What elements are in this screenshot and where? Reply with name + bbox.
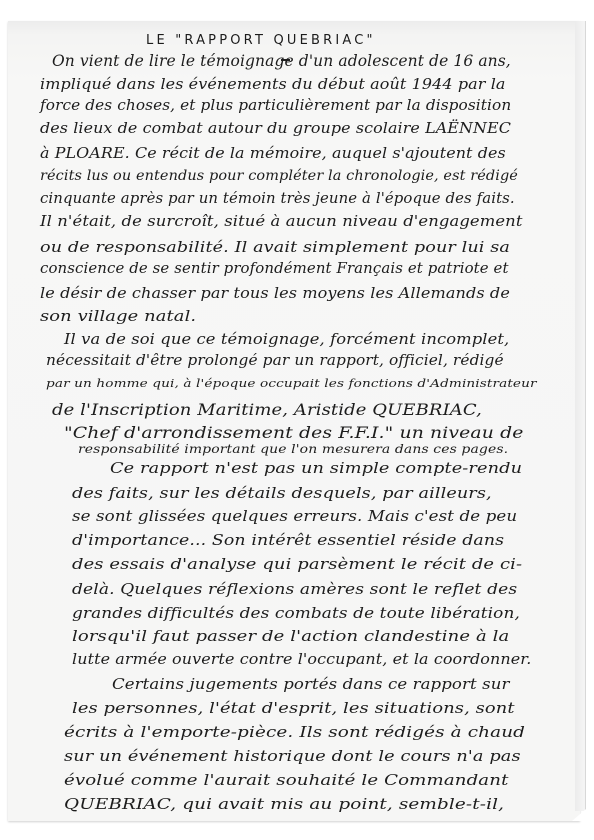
text-line: nécessitait d'être prolongé par un rappo… xyxy=(46,353,504,369)
text-line: conscience de se sentir profondément Fra… xyxy=(40,261,509,277)
text-line: force des choses, et plus particulièreme… xyxy=(40,98,511,114)
text-line: par un homme qui, à l'époque occupait le… xyxy=(46,376,537,390)
folded-corner xyxy=(572,809,586,821)
text-line: lutte armée ouverte contre l'occupant, e… xyxy=(72,650,531,668)
text-line: Il n'était, de surcroît, situé à aucun n… xyxy=(40,214,523,230)
text-line: à PLOARE. Ce récit de la mémoire, auquel… xyxy=(40,144,506,162)
text-line: évolué comme l'aurait souhaité le Comman… xyxy=(64,771,508,789)
text-line: delà. Quelques réflexions amères sont le… xyxy=(72,580,517,598)
text-line: Certains jugements portés dans ce rappor… xyxy=(112,675,509,693)
text-line: sur un événement historique dont le cour… xyxy=(64,747,521,765)
text-line: récits lus ou entendus pour compléter la… xyxy=(40,168,518,184)
text-line: d'importance... Son intérêt essentiel ré… xyxy=(72,531,504,549)
text-line: On vient de lire le témoignage d'un adol… xyxy=(52,52,511,70)
text-line: responsabilité important que l'on mesure… xyxy=(78,441,508,456)
document-title: LE "RAPPORT QUEBRIAC" xyxy=(146,33,376,48)
text-line: Ce rapport n'est pas un simple compte-re… xyxy=(110,459,522,477)
text-line: le désir de chasser par tous les moyens … xyxy=(40,284,510,302)
text-line: grandes difficultés des combats de toute… xyxy=(72,604,520,622)
text-line: des lieux de combat autour du groupe sco… xyxy=(40,121,511,137)
text-line: des faits, sur les détails desquels, par… xyxy=(72,484,492,502)
text-line: se sont glissées quelques erreurs. Mais … xyxy=(72,507,517,525)
text-line: cinquante après par un témoin très jeune… xyxy=(40,191,515,207)
text-line: Il va de soi que ce témoignage, forcémen… xyxy=(64,330,509,348)
text-line: de l'Inscription Maritime, Aristide QUEB… xyxy=(52,400,482,419)
text-line: impliqué dans les événements du début ao… xyxy=(40,75,506,93)
text-line: écrits à l'emporte-pièce. Ils sont rédig… xyxy=(64,723,525,741)
text-line: "Chef d'arrondissement des F.F.I." un ni… xyxy=(64,423,524,442)
handwritten-page: LE "RAPPORT QUEBRIAC" On vient de lire l… xyxy=(8,21,580,821)
text-line: QUEBRIAC, qui avait mis au point, semble… xyxy=(64,795,504,813)
text-line: son village natal. xyxy=(40,307,196,325)
text-line: ou de responsabilité. Il avait simplemen… xyxy=(40,238,510,256)
text-line: les personnes, l'état d'esprit, les situ… xyxy=(72,699,515,717)
text-line: des essais d'analyse qui parsèment le ré… xyxy=(72,555,522,573)
text-line: lorsqu'il faut passer de l'action clande… xyxy=(72,627,509,645)
paper-edge xyxy=(575,21,586,811)
